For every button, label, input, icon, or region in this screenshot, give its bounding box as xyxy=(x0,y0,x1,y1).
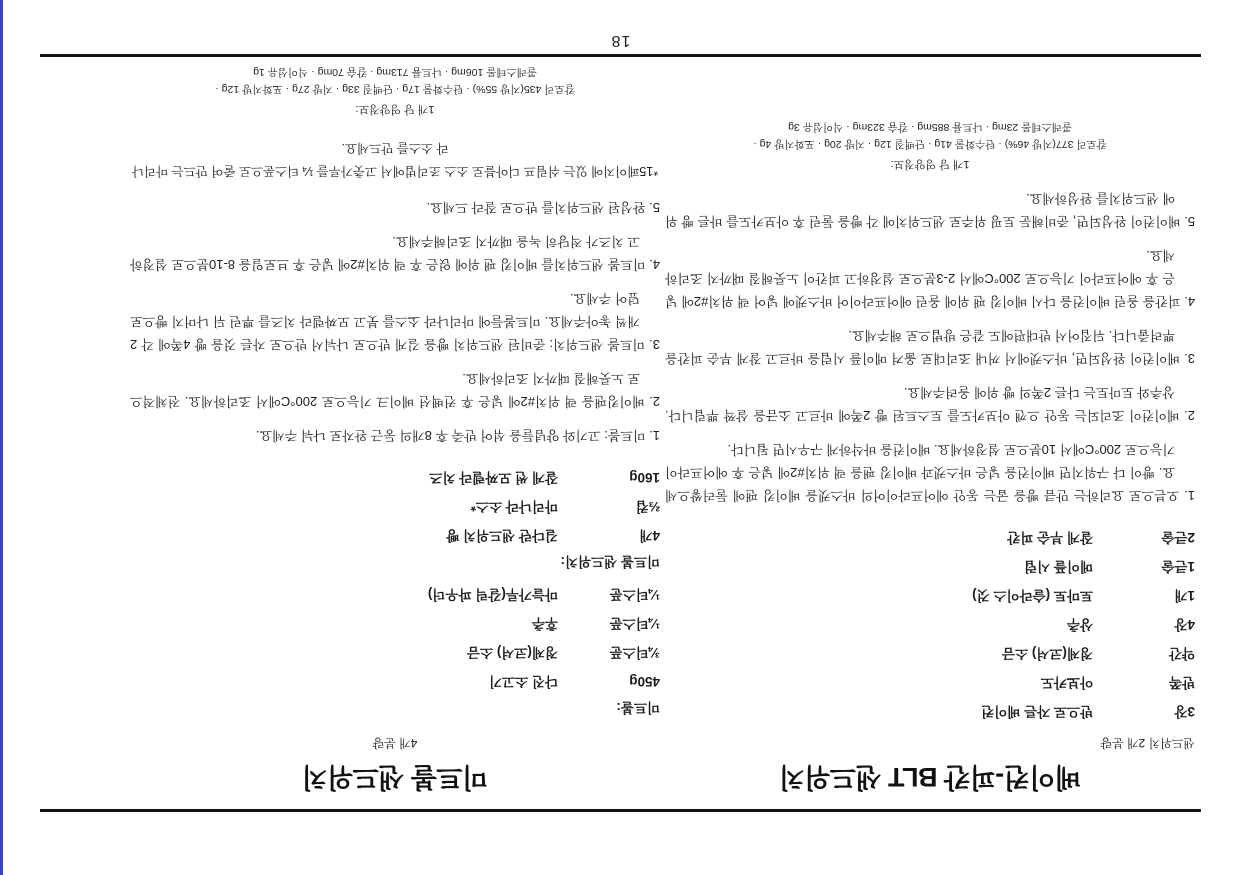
ingredient-group-heading: 미트볼 샌드위치: xyxy=(130,553,660,573)
header-rule xyxy=(40,809,1201,812)
ingredient-row: 3장반으로 자른 베이컨 xyxy=(665,703,1195,719)
step-item: 4. 미트볼 샌드위치를 베이킹 팬 위에 얹은 후 랙 위치#2에 넣은 후 … xyxy=(130,230,660,276)
ingredient-name: 토마토 (슬라이스 것) xyxy=(665,587,1109,603)
ingredient-name: 상추 xyxy=(665,616,1109,632)
ingredient-amount: ⅔컵 xyxy=(574,498,660,514)
nutrition-block: 1개 당 영양정보:칼로리 435(지방 55%) · 탄수화물 17g · 단… xyxy=(130,63,660,118)
recipe-note: *15페이지에 있는 쉬림프 디아블로 소스 조리법에서 고춧가루를 ¼ 티스푼… xyxy=(130,136,660,182)
ingredient-row: 반쪽아보카도 xyxy=(665,674,1195,690)
ingredient-row: 4장상추 xyxy=(665,616,1195,632)
ingredient-amount: 1큰술 xyxy=(1109,558,1195,574)
ingredient-name: 다진 소고기 xyxy=(130,673,574,689)
nutrition-block: 1개 당 영양정보:칼로리 377(지방 46%) · 탄수화물 41g · 단… xyxy=(665,118,1195,173)
step-item: 3. 미트볼 샌드위치: 준비된 샌드위치 빵을 길게 반으로 나눠서 반으로 … xyxy=(130,287,660,356)
steps-list: 1. 오븐으로 요리하는 만큼 빵을 굽는 동안 에어프라이어의 바스켓을 베이… xyxy=(665,187,1195,507)
ingredient-list: 3장반으로 자른 베이컨반쪽아보카도약간정제(코셔) 소금4장상추1개토마토 (… xyxy=(665,529,1195,719)
serving-line: 샌드위치 2개 분량 xyxy=(665,735,1195,752)
ingredient-row: 1개토마토 (슬라이스 것) xyxy=(665,587,1195,603)
ingredient-row: ¾티스푼정제(코셔) 소금 xyxy=(130,644,660,660)
nutrition-line: 칼로리 435(지방 55%) · 탄수화물 17g · 단백질 33g · 지… xyxy=(130,80,660,97)
ingredient-list: 미트볼:450g다진 소고기¾티스푼정제(코셔) 소금¼티스푼후추¼티스푼마늘가… xyxy=(130,469,660,719)
ingredient-row: ⅔컵마리나라 소스* xyxy=(130,498,660,514)
ingredient-name: 잘게 썬 모짜렐라 치즈 xyxy=(130,469,574,485)
ingredient-row: ¼티스푼후추 xyxy=(130,615,660,631)
serving-line: 4개 분량 xyxy=(130,735,660,752)
ingredient-group-heading: 미트볼: xyxy=(130,699,660,719)
ingredient-name: 반으로 자른 베이컨 xyxy=(665,703,1109,719)
left-edge-blue-line xyxy=(0,0,3,875)
ingredient-name: 정제(코셔) 소금 xyxy=(130,644,574,660)
step-item: 4. 피칸을 올린 베이컨을 다시 베이킹 팬 위에 올린 에어프라이어 바스켓… xyxy=(665,244,1195,313)
recipe-title: 베이컨-피칸 BLT 샌드위치 xyxy=(665,760,1195,799)
nutrition-heading: 1개 당 영양정보: xyxy=(130,102,660,118)
ingredient-name: 마리나라 소스* xyxy=(130,498,574,514)
ingredient-row: 450g다진 소고기 xyxy=(130,673,660,689)
ingredient-amount: 160g xyxy=(574,469,660,485)
scanned-page-viewport: 베이컨-피칸 BLT 샌드위치샌드위치 2개 분량3장반으로 자른 베이컨반쪽아… xyxy=(0,0,1241,875)
step-item: 5. 베이컨이 완성되면, 준비해둔 토핑 위주로 샌드위치에 각 빵을 둘린 … xyxy=(665,187,1195,233)
ingredient-amount: 4장 xyxy=(1109,616,1195,632)
ingredient-amount: 3장 xyxy=(1109,703,1195,719)
recipe-title: 미트볼 샌드위치 xyxy=(130,760,660,799)
ingredient-amount: ¼티스푼 xyxy=(574,586,660,602)
recipe-column-bacon-pecan-blt: 베이컨-피칸 BLT 샌드위치샌드위치 2개 분량3장반으로 자른 베이컨반쪽아… xyxy=(665,118,1195,805)
ingredient-name: 후추 xyxy=(130,615,574,631)
nutrition-heading: 1개 당 영양정보: xyxy=(665,157,1195,173)
step-item: 5. 완성된 샌드위치를 반으로 잘라 드세요. xyxy=(130,196,660,219)
ingredient-name: 잘게 부순 피칸 xyxy=(665,529,1109,545)
nutrition-line: 칼로리 377(지방 46%) · 탄수화물 41g · 단백질 12g · 지… xyxy=(665,135,1195,152)
ingredient-amount: 반쪽 xyxy=(1109,674,1195,690)
nutrition-line: 콜레스테롤 106mg · 나트륨 713mg · 칼슘 70mg · 식이섬유… xyxy=(130,63,660,80)
ingredient-amount: 4개 xyxy=(574,527,660,543)
ingredient-name: 마늘가루(갈릭 파우더) xyxy=(130,586,574,602)
ingredient-amount: 450g xyxy=(574,673,660,689)
ingredient-name: 길다란 샌드위치 빵 xyxy=(130,527,574,543)
page-sheet-rotated-180: 베이컨-피칸 BLT 샌드위치샌드위치 2개 분량3장반으로 자른 베이컨반쪽아… xyxy=(0,0,1241,875)
ingredient-row: 약간정제(코셔) 소금 xyxy=(665,645,1195,661)
step-item: 2. 베이킹팬을 랙 위치#2에 넣은 후 컨벡션 베이크 기능으로 200°C… xyxy=(130,367,660,413)
steps-list: 1. 미트볼: 고기와 양념들을 섞어 반죽 후 8개의 둥근 완자로 나눠 주… xyxy=(130,196,660,447)
ingredient-name: 메이플 시럽 xyxy=(665,558,1109,574)
ingredient-amount: 약간 xyxy=(1109,645,1195,661)
step-item: 2. 베이컨이 조리되는 동안 으깬 아보카도를 토스트된 빵 2쪽에 바르고 … xyxy=(665,381,1195,427)
footer-rule xyxy=(40,54,1201,57)
ingredient-row: 4개길다란 샌드위치 빵 xyxy=(130,527,660,543)
recipe-column-meatball: 미트볼 샌드위치4개 분량미트볼:450g다진 소고기¾티스푼정제(코셔) 소금… xyxy=(130,63,660,805)
ingredient-amount: 1개 xyxy=(1109,587,1195,603)
ingredient-name: 아보카도 xyxy=(665,674,1109,690)
step-item: 1. 오븐으로 요리하는 만큼 빵을 굽는 동안 에어프라이어의 바스켓을 베이… xyxy=(665,438,1195,507)
ingredient-row: 1큰술메이플 시럽 xyxy=(665,558,1195,574)
ingredient-row: 160g잘게 썬 모짜렐라 치즈 xyxy=(130,469,660,485)
page-number: 18 xyxy=(0,31,1241,49)
ingredient-name: 정제(코셔) 소금 xyxy=(665,645,1109,661)
step-item: 3. 베이컨이 완성되면, 바스켓에서 꺼내 조리대로 옮겨 메이플 시럽을 바… xyxy=(665,324,1195,370)
ingredient-amount: 2큰술 xyxy=(1109,529,1195,545)
step-item: 1. 미트볼: 고기와 양념들을 섞어 반죽 후 8개의 둥근 완자로 나눠 주… xyxy=(130,424,660,447)
nutrition-line: 콜레스테롤 23mg · 나트륨 885mg · 칼슘 323mg · 식이섬유… xyxy=(665,118,1195,135)
ingredient-row: 2큰술잘게 부순 피칸 xyxy=(665,529,1195,545)
ingredient-amount: ¾티스푼 xyxy=(574,644,660,660)
ingredient-amount: ¼티스푼 xyxy=(574,615,660,631)
ingredient-row: ¼티스푼마늘가루(갈릭 파우더) xyxy=(130,586,660,602)
